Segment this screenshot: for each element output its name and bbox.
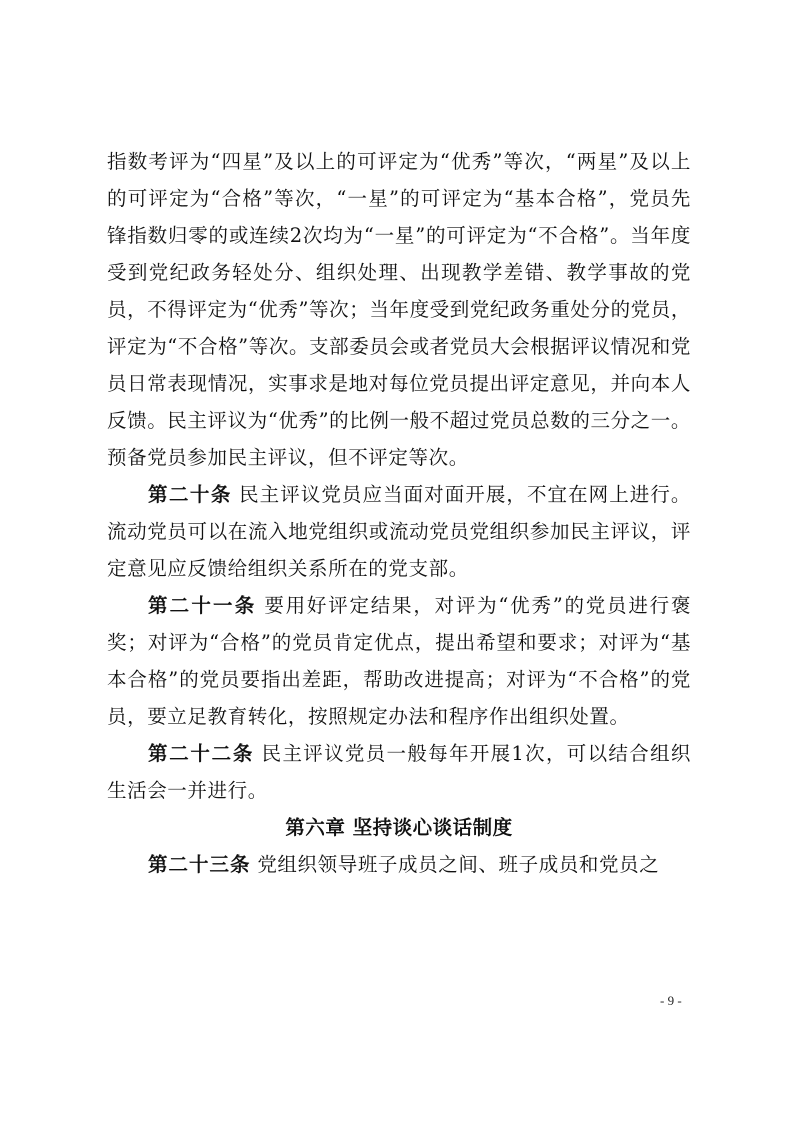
- article-20: 第二十条 民主评议党员应当面对面开展，不宜在网上进行。流动党员可以在流入地党组织…: [107, 476, 691, 587]
- article-number: 第二十一条: [148, 594, 256, 617]
- article-21: 第二十一条 要用好评定结果，对评为“优秀”的党员进行褒奖；对评为“合格”的党员肯…: [107, 587, 691, 735]
- page-number: - 9 -: [660, 993, 682, 1009]
- article-22: 第二十二条 民主评议党员一般每年开展1次，可以结合组织生活会一并进行。: [107, 735, 691, 809]
- article-number: 第二十二条: [148, 742, 254, 765]
- article-text: 党组织领导班子成员之间、班子成员和党员之: [257, 853, 659, 876]
- article-23: 第二十三条 党组织领导班子成员之间、班子成员和党员之: [107, 846, 691, 883]
- document-page: 指数考评为“四星”及以上的可评定为“优秀”等次，“两星”及以上的可评定为“合格”…: [107, 143, 691, 883]
- article-number: 第二十条: [148, 483, 232, 506]
- chapter-heading: 第六章 坚持谈心谈话制度: [107, 809, 691, 846]
- article-number: 第二十三条: [148, 853, 251, 876]
- paragraph-continuation: 指数考评为“四星”及以上的可评定为“优秀”等次，“两星”及以上的可评定为“合格”…: [107, 143, 691, 476]
